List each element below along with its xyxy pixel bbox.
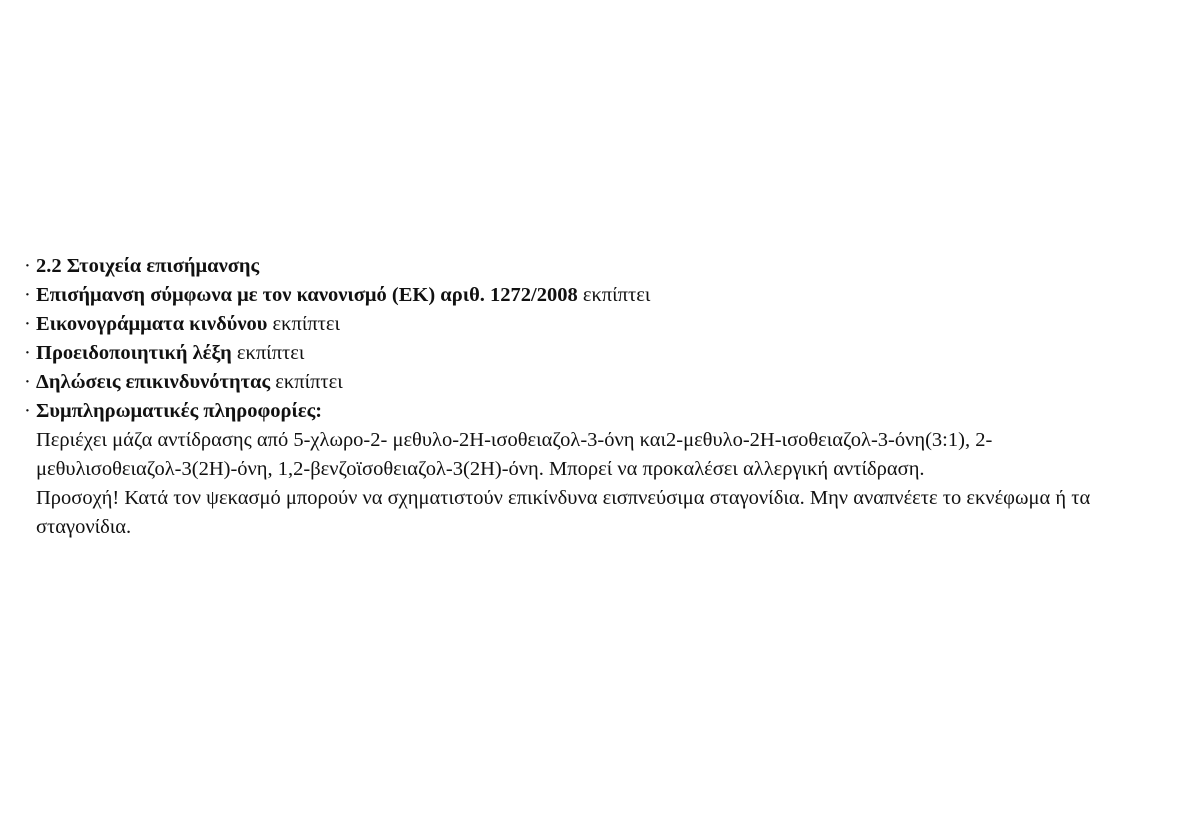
item-row-hazard-statements: · Δηλώσεις επικινδυνότητας εκπίπτει bbox=[24, 368, 1184, 397]
item-value: εκπίπτει bbox=[273, 313, 341, 335]
supplementary-paragraph-contents: Περιέχει μάζα αντίδρασης από 5-χλωρο-2- … bbox=[24, 426, 1184, 484]
item-value: εκπίπτει bbox=[237, 342, 305, 364]
bullet: · bbox=[24, 397, 31, 426]
section-heading: 2.2 Στοιχεία επισήμανσης bbox=[36, 255, 259, 277]
bullet: · bbox=[24, 339, 31, 368]
supplementary-info-row: · Συμπληρωματικές πληροφορίες: bbox=[24, 397, 1184, 426]
item-value: εκπίπτει bbox=[275, 371, 343, 393]
item-label: Δηλώσεις επικινδυνότητας bbox=[36, 371, 275, 393]
item-label: Προειδοποιητική λέξη bbox=[36, 342, 237, 364]
item-value: εκπίπτει bbox=[583, 284, 651, 306]
item-row-regulation: · Επισήμανση σύμφωνα με τον κανονισμό (Ε… bbox=[24, 281, 1184, 310]
item-label: Επισήμανση σύμφωνα με τον κανονισμό (ΕΚ)… bbox=[36, 284, 583, 306]
item-row-pictograms: · Εικονογράμματα κινδύνου εκπίπτει bbox=[24, 310, 1184, 339]
labelling-section: · 2.2 Στοιχεία επισήμανσης · Επισήμανση … bbox=[24, 252, 1184, 542]
bullet: · bbox=[24, 368, 31, 397]
bullet: · bbox=[24, 252, 31, 281]
section-heading-row: · 2.2 Στοιχεία επισήμανσης bbox=[24, 252, 1184, 281]
supplementary-info-label: Συμπληρωματικές πληροφορίες: bbox=[36, 400, 322, 422]
bullet: · bbox=[24, 281, 31, 310]
bullet: · bbox=[24, 310, 31, 339]
item-row-signal-word: · Προειδοποιητική λέξη εκπίπτει bbox=[24, 339, 1184, 368]
item-label: Εικονογράμματα κινδύνου bbox=[36, 313, 273, 335]
supplementary-paragraph-warning: Προσοχή! Κατά τον ψεκασμό μπορούν να σχη… bbox=[24, 484, 1184, 542]
